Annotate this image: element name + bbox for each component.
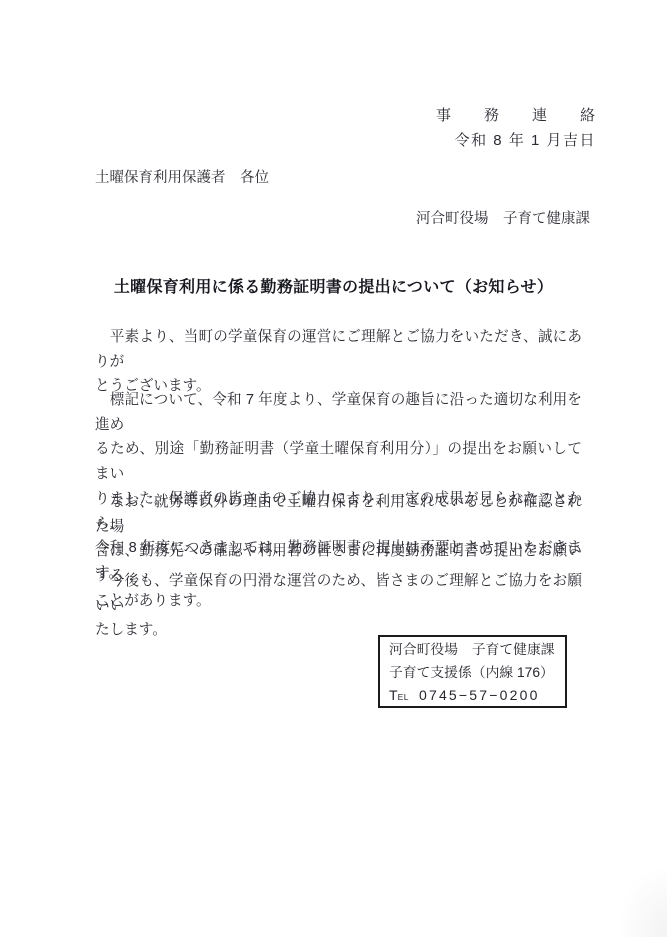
doc-type-label: 事 務 連 絡 bbox=[436, 104, 596, 129]
contact-tel-row: TEL 0745−57−0200 bbox=[389, 684, 565, 709]
page-corner-shadow bbox=[619, 867, 667, 937]
doc-date: 令和 8 年 1 月吉日 bbox=[436, 129, 596, 154]
contact-office: 河合町役場 子育て健康課 bbox=[389, 639, 565, 662]
document-title: 土曜保育利用に係る勤務証明書の提出について（お知らせ） bbox=[0, 274, 667, 297]
contact-section: 子育て支援係（内線 176） bbox=[389, 662, 565, 685]
document-header: 事 務 連 絡 令和 8 年 1 月吉日 bbox=[436, 104, 596, 153]
document-page: 事 務 連 絡 令和 8 年 1 月吉日 土曜保育利用保護者 各位 河合町役場 … bbox=[0, 0, 667, 937]
contact-info-box: 河合町役場 子育て健康課 子育て支援係（内線 176） TEL 0745−57−… bbox=[378, 635, 567, 708]
contact-phone-number: 0745−57−0200 bbox=[419, 684, 540, 707]
sender-line: 河合町役場 子育て健康課 bbox=[416, 207, 590, 231]
tel-icon: TEL bbox=[389, 684, 409, 709]
paragraph-closing: 今後も、学童保育の円滑な運営のため、皆さまのご理解とご協力をお願いい たします。 bbox=[95, 569, 582, 643]
recipient-line: 土曜保育利用保護者 各位 bbox=[95, 166, 269, 190]
